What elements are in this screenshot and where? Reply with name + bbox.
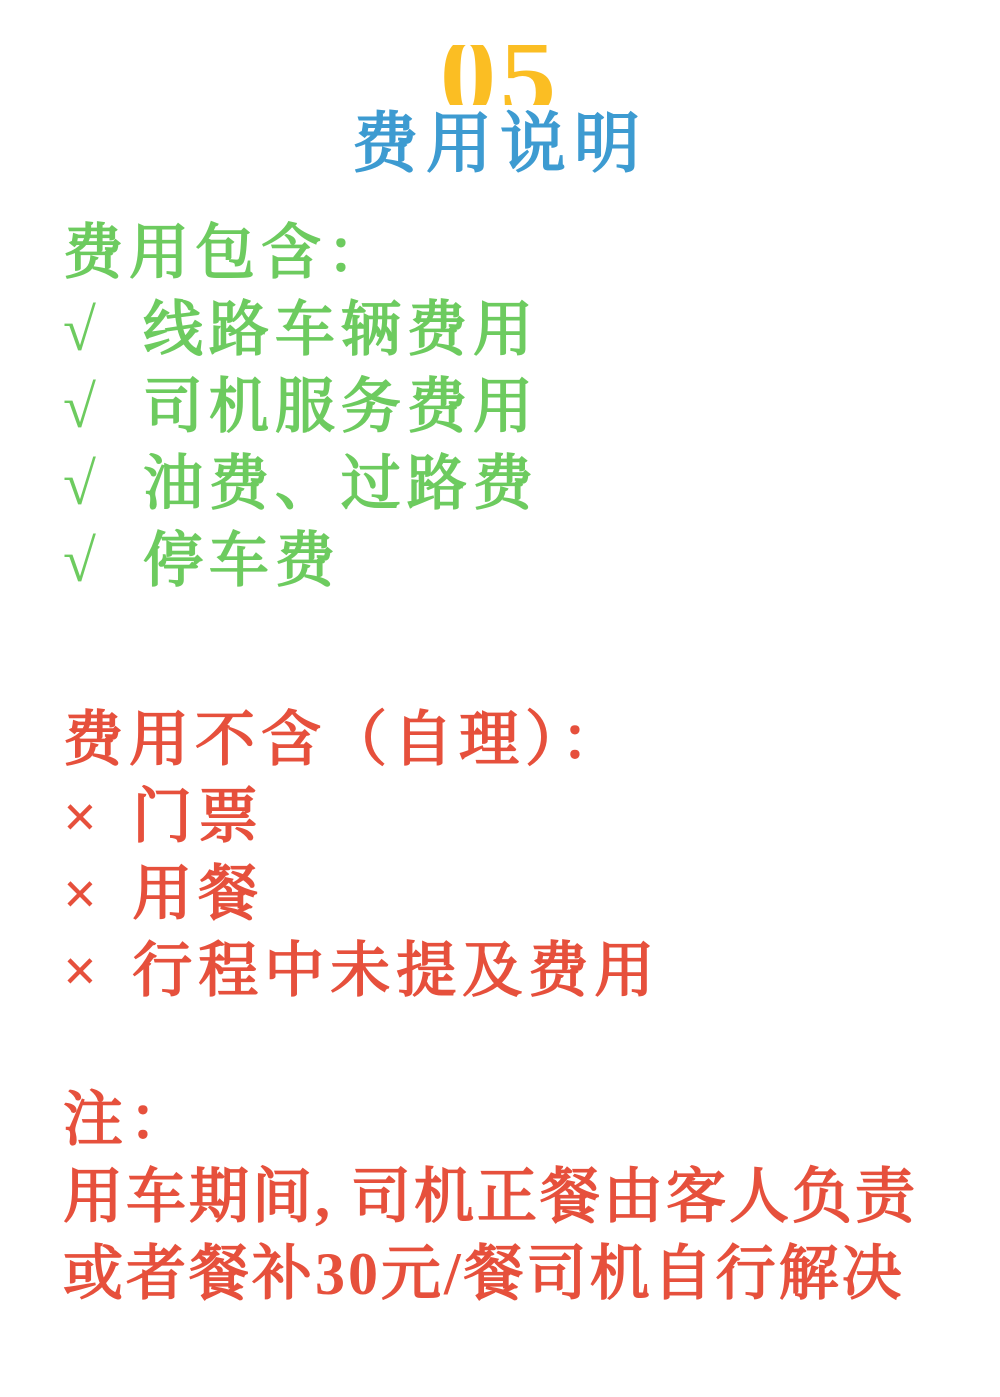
list-item: √ 停车费: [63, 523, 960, 600]
list-item: √ 司机服务费用: [63, 369, 960, 446]
header: 05 费用说明: [0, 0, 1000, 185]
note-section: 注： 用车期间, 司机正餐由客人负责 或者餐补30元/餐司机自行解决: [63, 1082, 960, 1313]
note-heading: 注：: [63, 1082, 960, 1159]
list-item: √ 油费、过路费: [63, 446, 960, 523]
excluded-heading: 费用不含（自理）：: [63, 702, 960, 779]
included-heading: 费用包含：: [63, 215, 960, 292]
excluded-item-label: 行程中未提及费用: [132, 938, 660, 1004]
note-line: 用车期间, 司机正餐由客人负责: [63, 1159, 960, 1236]
list-item: × 行程中未提及费用: [63, 933, 960, 1010]
cross-icon: ×: [63, 779, 103, 856]
page-title: 费用说明: [0, 105, 1000, 185]
check-icon: √: [63, 292, 102, 369]
excluded-item-label: 用餐: [132, 861, 264, 927]
fee-description-page: 05 费用说明 费用包含： √ 线路车辆费用 √ 司机服务费用 √ 油费、过路费…: [0, 0, 1000, 1397]
list-item: √ 线路车辆费用: [63, 292, 960, 369]
content: 费用包含： √ 线路车辆费用 √ 司机服务费用 √ 油费、过路费 √ 停车费 费…: [0, 185, 1000, 1313]
included-item-label: 油费、过路费: [143, 451, 539, 517]
cross-icon: ×: [63, 856, 103, 933]
section-number: 05: [0, 45, 1000, 105]
included-item-label: 线路车辆费用: [143, 297, 539, 363]
check-icon: √: [63, 369, 102, 446]
note-line: 或者餐补30元/餐司机自行解决: [63, 1236, 960, 1313]
check-icon: √: [63, 446, 102, 523]
included-item-label: 司机服务费用: [143, 374, 539, 440]
list-item: × 用餐: [63, 856, 960, 933]
excluded-fees-section: 费用不含（自理）： × 门票 × 用餐 × 行程中未提及费用: [63, 702, 960, 1010]
excluded-item-label: 门票: [132, 784, 264, 850]
check-icon: √: [63, 523, 102, 600]
section-number-text: 05: [440, 45, 560, 105]
included-item-label: 停车费: [143, 528, 341, 594]
cross-icon: ×: [63, 933, 103, 1010]
list-item: × 门票: [63, 779, 960, 856]
included-fees-section: 费用包含： √ 线路车辆费用 √ 司机服务费用 √ 油费、过路费 √ 停车费: [63, 215, 960, 600]
